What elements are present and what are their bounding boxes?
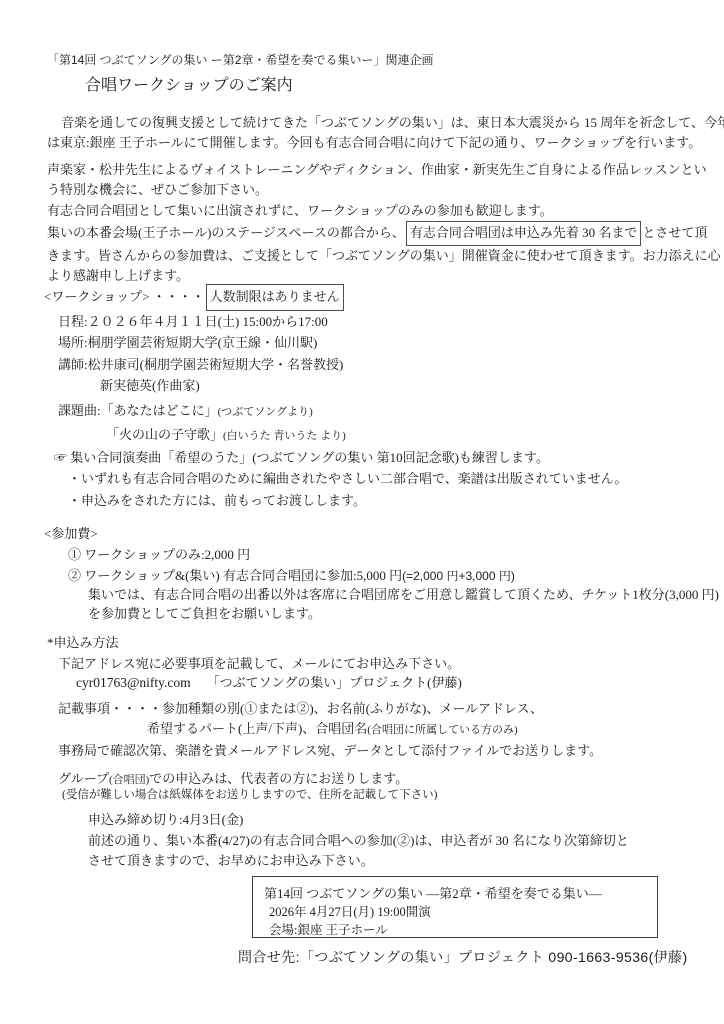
course-song-1: 課題曲:「あなたはどこに」(つぶてソングより) bbox=[54, 400, 549, 424]
no-limit-emphasis: 人数制限はありません bbox=[206, 284, 344, 311]
application-heading: *申込み方法 bbox=[47, 635, 119, 651]
required-items-line1: 記載事項・・・・参加種類の別(①または②)、お名前(ふりがな)、メールアドレス、 bbox=[58, 701, 543, 717]
course-song-2: 「火の山の子守歌」(白いうた 青いうた より) bbox=[54, 424, 549, 448]
event-title: 第14回 つぶてソングの集い ―第2章・希望を奏でる集い― bbox=[264, 884, 657, 903]
deadline-detail-line2: させて頂きますので、お早めにお申込み下さい。 bbox=[88, 851, 629, 871]
intro-p3-line2-pre: 集いの本番会場(王子ホール)のステージスペースの都合から、 bbox=[47, 225, 405, 240]
office-confirmation-note: 事務局で確認次第、楽譜を貴メールアドレス宛、データとして添付ファイルでお送りしま… bbox=[58, 743, 602, 759]
fee-note-line2: を参加費としてご負担をお願いします。 bbox=[88, 605, 719, 624]
event-venue: 会場:銀座 王子ホール bbox=[264, 921, 657, 939]
intro-p1-line2: は東京:銀座 王子ホールにて開催します。今回も有志合同合唱に向けて下記の通り、ワ… bbox=[47, 133, 724, 153]
capacity-limit-emphasis: 有志合同合唱団は申込み先着 30 名まで bbox=[406, 221, 642, 246]
related-project-label: 「第14回 つぶてソングの集い ー第2章・希望を奏でる集いー」関連企画 bbox=[47, 53, 433, 68]
fee-item-2-note: 集いでは、有志合同合唱の出番以外は客席に合唱団席をご用意し鑑賞して頂くため、チケ… bbox=[88, 586, 719, 623]
intro-p3-line1: 有志合同合唱団として集いに出演されずに、ワークショップのみの参加も歓迎します。 bbox=[47, 201, 721, 221]
intro-p2-line1: 声楽家・松井先生によるヴォイストレーニングやディクション、作曲家・新実先生ご自身… bbox=[47, 160, 707, 180]
event-info-box: 第14回 つぶてソングの集い ―第2章・希望を奏でる集い― 2026年 4月27… bbox=[252, 876, 658, 938]
course-song-2-title: 「火の山の子守歌」 bbox=[106, 427, 223, 442]
required-items-line2-note: (合唱団に所属している方のみ) bbox=[367, 724, 517, 736]
workshop-place: 場所:桐朋学園芸術短期大学(京王線・仙川駅) bbox=[44, 332, 345, 354]
course-song-2-source: (白いうた 青いうた より) bbox=[223, 430, 346, 442]
joint-song-note: ☞ 集い合同演奏曲「希望のうた」(つぶてソングの集い 第10回記念歌)も練習しま… bbox=[54, 447, 549, 469]
fee-note-line1: 集いでは、有志合同合唱の出番以外は客席に合唱団席をご用意し鑑賞して頂くため、チケ… bbox=[88, 586, 719, 605]
workshop-schedule: 日程:２０２６年４月１１日(土) 15:00から17:00 bbox=[44, 311, 345, 333]
fee-item-2-main: ② ワークショップ&(集い) 有志合同合唱団に参加:5,000 円 bbox=[68, 568, 402, 583]
application-email-line: cyr01763@nifty.com「つぶてソングの集い」プロジェクト(伊藤) bbox=[76, 675, 462, 692]
fee-item-2: ② ワークショップ&(集い) 有志合同合唱団に参加:5,000 円(=2,000… bbox=[68, 568, 515, 584]
intro-p1-line1: 音楽を通しての復興支援として続けてきた「つぶてソングの集い」は、東日本大震災から… bbox=[47, 113, 724, 133]
intro-p3-line3: きます。皆さんからの参加費は、ご支援として「つぶてソングの集い」開催資金に使わせ… bbox=[47, 246, 721, 266]
workshop-lecturer-1: 講師:松井康司(桐朋学園芸術短期大学・名誉教授) bbox=[44, 354, 345, 376]
course-songs-section: 課題曲:「あなたはどこに」(つぶてソングより) 「火の山の子守歌」(白いうた 青… bbox=[54, 400, 549, 469]
course-song-1-source: (つぶてソングより) bbox=[218, 406, 313, 418]
document-page: 「第14回 つぶてソングの集い ー第2章・希望を奏でる集いー」関連企画 合唱ワー… bbox=[0, 0, 724, 1024]
fee-heading: <参加費> bbox=[44, 526, 98, 542]
required-items-line2: 希望するパート(上声/下声)、合唱団名(合唱団に所属している方のみ) bbox=[147, 721, 518, 738]
workshop-lecturer-2: 新実徳英(作曲家) bbox=[44, 375, 345, 397]
group-note-post: での申込みは、代表者の方にお送りします。 bbox=[149, 771, 408, 786]
intro-p3-line2-post: とさせて頂 bbox=[642, 225, 707, 240]
fee-item-2-calculation: (=2,000 円+3,000 円) bbox=[402, 569, 515, 583]
email-project-label: 「つぶてソングの集い」プロジェクト(伊藤) bbox=[191, 675, 462, 690]
contact-info: 問合せ先:「つぶてソングの集い」プロジェクト 090-1663-9536(伊藤) bbox=[238, 949, 688, 967]
intro-paragraph-2: 声楽家・松井先生によるヴォイストレーニングやディクション、作曲家・新実先生ご自身… bbox=[47, 160, 707, 200]
application-deadline: 申込み締め切り:4月3日(金) bbox=[88, 812, 243, 828]
deadline-detail-line1: 前述の通り、集い本番(4/27)の有志合同合唱への参加(②)は、申込者が 30 … bbox=[88, 831, 629, 851]
intro-p3-line2: 集いの本番会場(王子ホール)のステージスペースの都合から、有志合同合唱団は申込み… bbox=[47, 221, 721, 246]
deadline-detail: 前述の通り、集い本番(4/27)の有志合同合唱への参加(②)は、申込者が 30 … bbox=[88, 831, 629, 871]
fee-item-1: ① ワークショップのみ:2,000 円 bbox=[68, 547, 250, 563]
intro-p2-line2: う特別な機会に、ぜひご参加下さい。 bbox=[47, 180, 707, 200]
required-items-line2-main: 希望するパート(上声/下声)、合唱団名 bbox=[147, 721, 367, 736]
song-note-2: ・申込みをされた方には、前もってお渡しします。 bbox=[68, 490, 628, 512]
intro-paragraph-1: 音楽を通しての復興支援として続けてきた「つぶてソングの集い」は、東日本大震災から… bbox=[47, 113, 724, 153]
page-title: 合唱ワークショップのご案内 bbox=[85, 76, 293, 96]
workshop-section: <ワークショップ> ・・・・人数制限はありません 日程:２０２６年４月１１日(土… bbox=[44, 284, 345, 397]
group-note-pre: グループ bbox=[58, 771, 109, 786]
workshop-heading-label: <ワークショップ> ・・・・ bbox=[44, 289, 205, 304]
course-song-1-title: 課題曲:「あなたはどこに」 bbox=[58, 403, 218, 418]
email-address: cyr01763@nifty.com bbox=[76, 675, 191, 690]
song-note-1: ・いずれも有志合同合唱のために編曲されたやさしい二部合唱で、楽譜は出版されていま… bbox=[68, 468, 628, 490]
event-datetime: 2026年 4月27日(月) 19:00開演 bbox=[264, 903, 657, 921]
workshop-heading: <ワークショップ> ・・・・人数制限はありません bbox=[44, 284, 345, 311]
song-notes: ・いずれも有志合同合唱のために編曲されたやさしい二部合唱で、楽譜は出版されていま… bbox=[68, 468, 628, 511]
group-application-note: グループ(合唱団)での申込みは、代表者の方にお送りします。 bbox=[58, 771, 408, 788]
intro-p3-line4: より感謝申し上げます。 bbox=[47, 266, 721, 286]
group-note-sub: (合唱団) bbox=[109, 774, 149, 786]
intro-paragraph-3: 有志合同合唱団として集いに出演されずに、ワークショップのみの参加も歓迎します。 … bbox=[47, 201, 721, 286]
mail-fallback-note: (受信が難しい場合は紙媒体をお送りしますので、住所を記載して下さい) bbox=[62, 788, 437, 802]
application-intro: 下記アドレス宛に必要事項を記載して、メールにてお申込み下さい。 bbox=[58, 656, 460, 672]
